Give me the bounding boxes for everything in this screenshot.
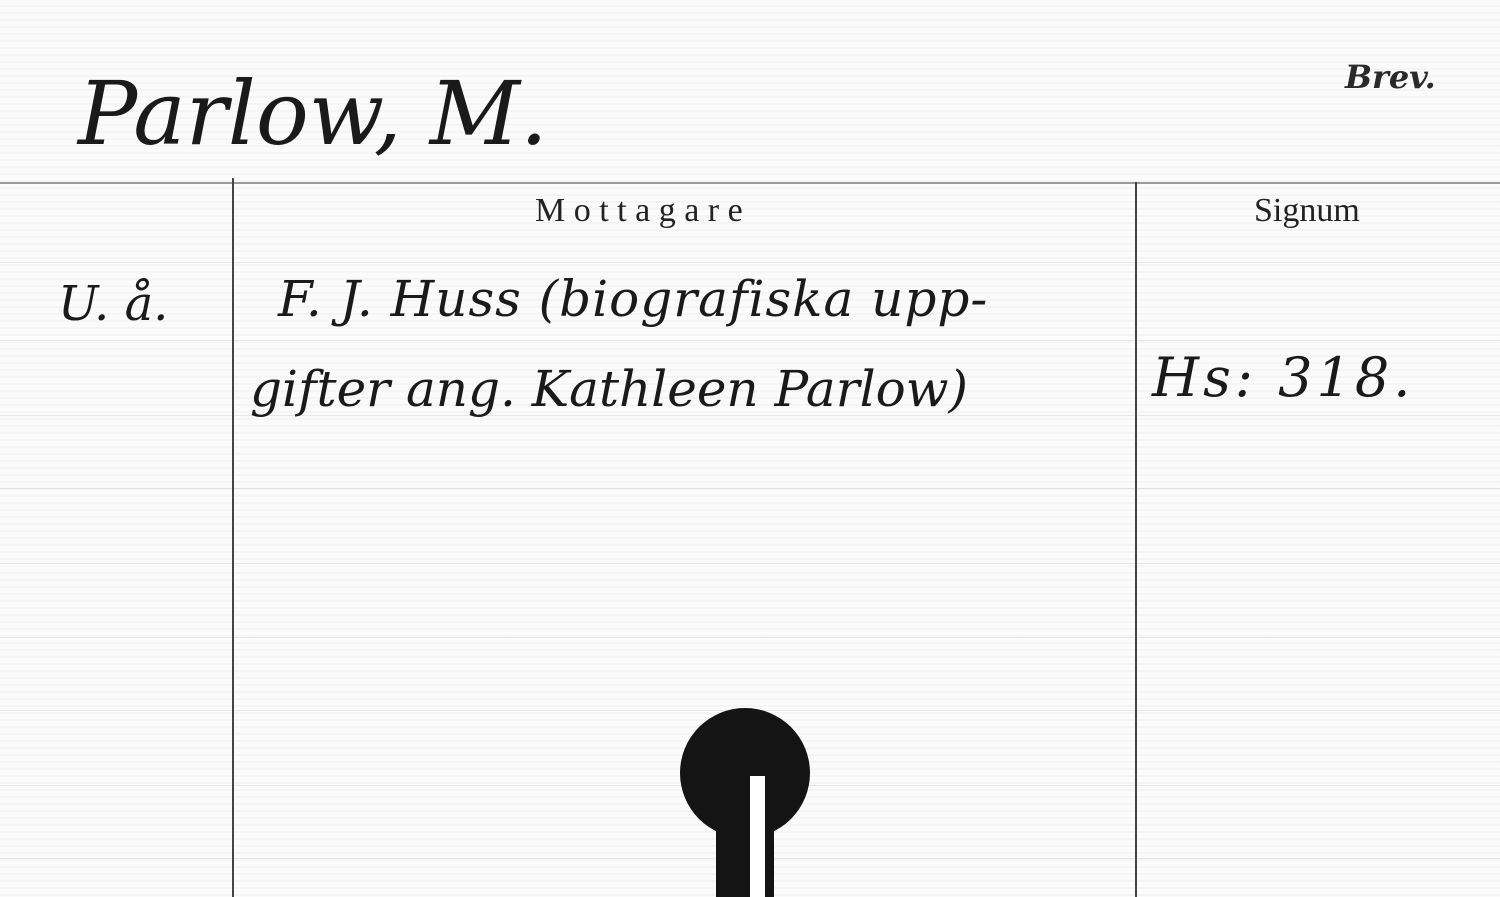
ruled-line [0,637,1500,638]
ruled-line [0,340,1500,341]
header-divider [0,182,1500,184]
entry-date: U. å. [58,276,168,332]
ruled-line [0,262,1500,263]
punch-hole-neck [716,810,774,897]
name-heading: Parlow, M. [78,62,548,165]
entry-recipient-line1: F. J. Huss (biografiska upp- [278,270,988,328]
column-divider-right [1135,182,1137,897]
signum-column-header: Signum [1254,192,1360,230]
ruled-line [0,488,1500,489]
entry-recipient-line2: gifter ang. Kathleen Parlow) [250,360,968,418]
category-label: Brev. [1345,58,1436,96]
entry-signum: Hs: 318. [1152,346,1414,409]
ruled-line [0,563,1500,564]
column-divider-left [232,178,234,897]
rod-slot [750,776,765,897]
archive-index-card: Parlow, M. Brev. M o t t a g a r e Signu… [0,0,1500,897]
recipient-column-header: M o t t a g a r e [535,192,743,230]
